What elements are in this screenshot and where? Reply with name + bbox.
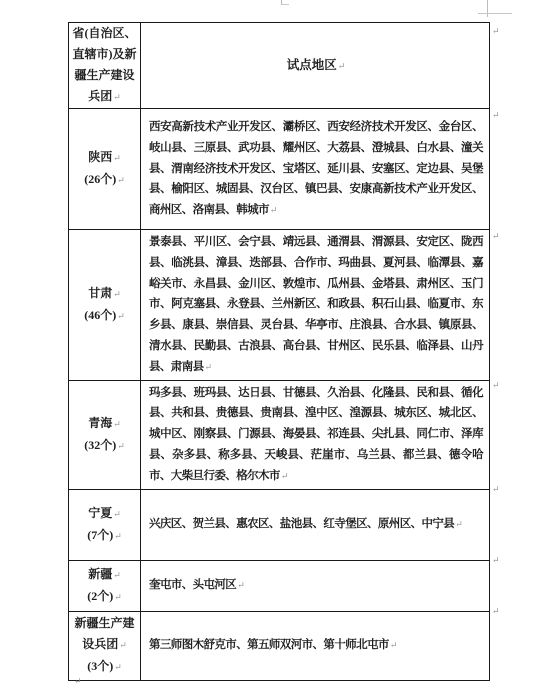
header-province-column-label: 省(自治区、直辖市)及新疆生产建设兵团 bbox=[73, 26, 137, 103]
province-label-cell: 陕西↵ (26个)↵ bbox=[69, 109, 141, 230]
table-row-gansu: 甘肃↵ (46个)↵ 景泰县、平川区、会宁县、靖远县、通渭县、渭源县、安定区、陇… bbox=[69, 230, 490, 381]
paragraph-mark-icon: ↵ bbox=[113, 592, 122, 602]
paragraph-mark-icon: ↵ bbox=[112, 509, 121, 519]
areas-cell: 西安高新技术产业开发区、灞桥区、西安经济技术开发区、金台区、岐山县、三原县、武功… bbox=[141, 109, 490, 230]
province-name: 新疆生产建设兵团↵ bbox=[72, 613, 137, 656]
areas-cell: 兴庆区、贺兰县、惠农区、盐池县、红寺堡区、原州区、中宁县↵ bbox=[141, 489, 490, 560]
province-count: (46个)↵ bbox=[72, 305, 137, 327]
row-end-paragraph-mark-icon: ↵ bbox=[492, 607, 500, 616]
areas-cell: 玛多县、班玛县、达日县、甘德县、久治县、化隆县、民和县、循化县、共和县、贵德县、… bbox=[141, 380, 490, 489]
paragraph-mark-icon: ↵ bbox=[204, 362, 213, 372]
areas-cell: 奎屯市、头屯河区↵ bbox=[141, 560, 490, 611]
paragraph-mark-icon: ↵ bbox=[116, 311, 125, 321]
province-count: (26个)↵ bbox=[72, 169, 137, 191]
province-count: (7个)↵ bbox=[72, 525, 137, 547]
paragraph-mark-icon: ↵ bbox=[116, 441, 125, 451]
paragraph-mark-icon: ↵ bbox=[112, 570, 121, 580]
areas-text: 第三师图木舒克市、第五师双河市、第十师北屯市 bbox=[149, 639, 389, 651]
paragraph-mark-icon: ↵ bbox=[112, 92, 121, 102]
row-end-paragraph-mark-icon: ↵ bbox=[492, 381, 500, 390]
table-handle-horizontal-line bbox=[478, 13, 512, 14]
areas-text: 西安高新技术产业开发区、灞桥区、西安经济技术开发区、金台区、岐山县、三原县、武功… bbox=[149, 121, 483, 216]
province-name: 青海↵ bbox=[72, 413, 137, 435]
province-count: (2个)↵ bbox=[72, 586, 137, 608]
province-name: 新疆↵ bbox=[72, 564, 137, 586]
paragraph-mark-icon: ↵ bbox=[116, 175, 125, 185]
table-row-ningxia: 宁夏↵ (7个)↵ 兴庆区、贺兰县、惠农区、盐池县、红寺堡区、原州区、中宁县↵ bbox=[69, 489, 490, 560]
paragraph-mark-icon: ↵ bbox=[280, 471, 289, 481]
province-count: (32个)↵ bbox=[72, 435, 137, 457]
paragraph-mark-icon: ↵ bbox=[118, 640, 127, 650]
row-end-paragraph-mark-icon: ↵ bbox=[492, 556, 500, 565]
province-name: 陕西↵ bbox=[72, 147, 137, 169]
province-label-cell: 青海↵ (32个)↵ bbox=[69, 380, 141, 489]
paragraph-mark-icon: ↵ bbox=[113, 531, 122, 541]
areas-text: 玛多县、班玛县、达日县、甘德县、久治县、化隆县、民和县、循化县、共和县、贵德县、… bbox=[149, 387, 483, 482]
areas-cell: 第三师图木舒克市、第五师双河市、第十师北屯市↵ bbox=[141, 611, 490, 680]
province-name: 甘肃↵ bbox=[72, 283, 137, 305]
page-fragment-mark bbox=[281, 0, 289, 5]
row-end-paragraph-mark-icon: ↵ bbox=[492, 27, 500, 36]
province-name: 宁夏↵ bbox=[72, 503, 137, 525]
pilot-areas-table: 省(自治区、直辖市)及新疆生产建设兵团↵ 试点地区↵ 陕西↵ (26个)↵ 西安… bbox=[68, 22, 490, 681]
row-end-paragraph-mark-icon: ↵ bbox=[492, 111, 500, 120]
paragraph-mark-icon: ↵ bbox=[112, 289, 121, 299]
province-label-cell: 新疆生产建设兵团↵ (3个)↵ bbox=[69, 611, 141, 680]
paragraph-mark-icon: ↵ bbox=[113, 662, 122, 672]
header-areas-column-cell: 试点地区↵ bbox=[141, 23, 490, 109]
table-header-row: 省(自治区、直辖市)及新疆生产建设兵团↵ 试点地区↵ bbox=[69, 23, 490, 109]
row-end-paragraph-mark-icon: ↵ bbox=[492, 485, 500, 494]
areas-text: 奎屯市、头屯河区 bbox=[149, 579, 236, 591]
table-row-bingtuan: 新疆生产建设兵团↵ (3个)↵ 第三师图木舒克市、第五师双河市、第十师北屯市↵ bbox=[69, 611, 490, 680]
areas-text: 兴庆区、贺兰县、惠农区、盐池县、红寺堡区、原州区、中宁县 bbox=[149, 518, 454, 530]
table-row-xinjiang: 新疆↵ (2个)↵ 奎屯市、头屯河区↵ bbox=[69, 560, 490, 611]
paragraph-mark-icon: ↵ bbox=[112, 153, 121, 163]
province-label-cell: 甘肃↵ (46个)↵ bbox=[69, 230, 141, 381]
areas-cell: 景泰县、平川区、会宁县、靖远县、通渭县、渭源县、安定区、陇西县、临洮县、漳县、迭… bbox=[141, 230, 490, 381]
areas-text: 景泰县、平川区、会宁县、靖远县、通渭县、渭源县、安定区、陇西县、临洮县、漳县、迭… bbox=[149, 236, 483, 373]
row-end-paragraph-mark-icon: ↵ bbox=[492, 232, 500, 241]
table-row-shaanxi: 陕西↵ (26个)↵ 西安高新技术产业开发区、灞桥区、西安经济技术开发区、金台区… bbox=[69, 109, 490, 230]
paragraph-mark-icon: ↵ bbox=[389, 640, 398, 650]
paragraph-mark-icon: ↵ bbox=[112, 419, 121, 429]
paragraph-mark-icon: ↵ bbox=[236, 580, 245, 590]
province-label-cell: 宁夏↵ (7个)↵ bbox=[69, 489, 141, 560]
province-count: (3个)↵ bbox=[72, 656, 137, 678]
province-label-cell: 新疆↵ (2个)↵ bbox=[69, 560, 141, 611]
document-page: 省(自治区、直辖市)及新疆生产建设兵团↵ 试点地区↵ 陕西↵ (26个)↵ 西安… bbox=[0, 0, 550, 695]
paragraph-mark-icon: ↵ bbox=[454, 519, 463, 529]
table-handle-vertical-line bbox=[487, 0, 488, 17]
header-province-column-cell: 省(自治区、直辖市)及新疆生产建设兵团↵ bbox=[69, 23, 141, 109]
paragraph-mark-icon: ↵ bbox=[337, 61, 346, 71]
paragraph-mark-icon: ↵ bbox=[269, 205, 278, 215]
below-table-paragraph-mark-icon: ↵ bbox=[74, 677, 82, 686]
header-areas-column-label: 试点地区 bbox=[287, 58, 337, 72]
table-row-qinghai: 青海↵ (32个)↵ 玛多县、班玛县、达日县、甘德县、久治县、化隆县、民和县、循… bbox=[69, 380, 490, 489]
